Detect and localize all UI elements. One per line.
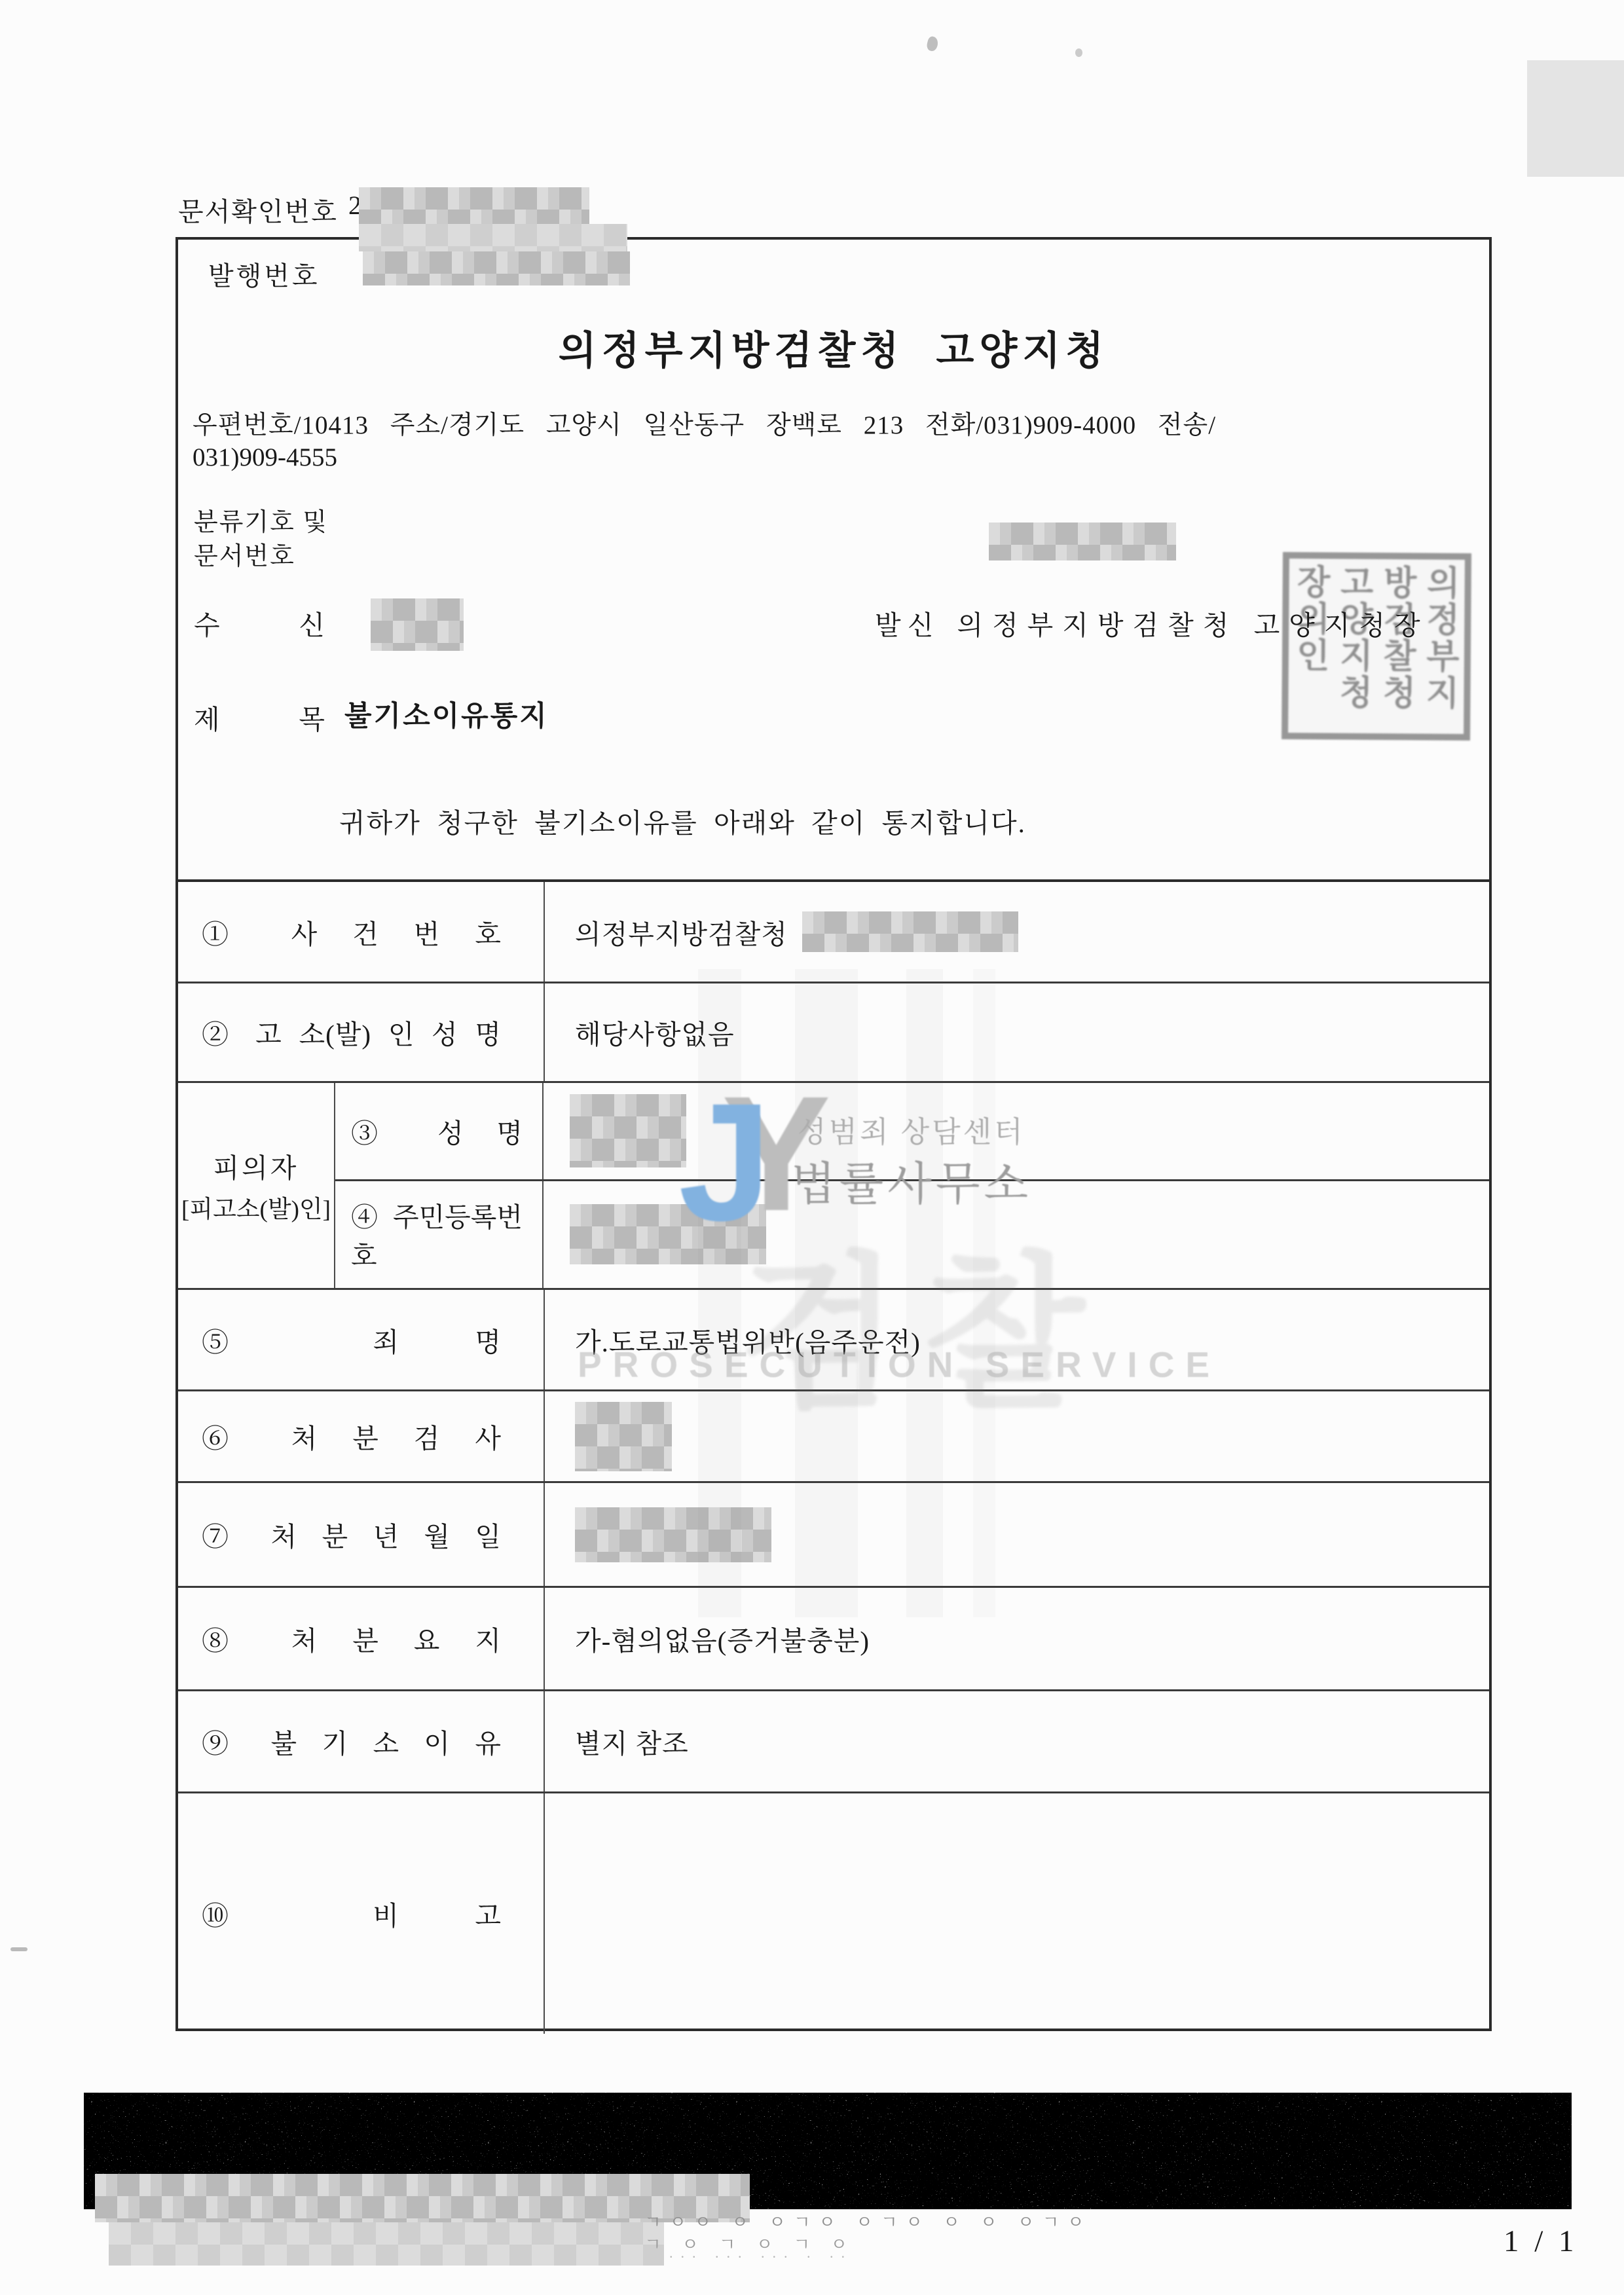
- recipient-label: 수 신: [194, 604, 325, 642]
- redacted-suspect-name: [570, 1094, 686, 1167]
- row-label: ② 고 소(발) 인 성 명: [178, 983, 545, 1081]
- redacted-date: [989, 523, 1176, 560]
- scanned-document-page: 문서확인번호 2 발행번호 의정부지방검찰청 고양지청 우편번호/10413 주…: [0, 0, 1624, 2295]
- row-label: ⑩ 비 고: [178, 1793, 545, 2034]
- margin-mark: [10, 1947, 28, 1951]
- official-seal: 의정부지 방검찰청 고양지청 장의인: [1282, 552, 1471, 741]
- redacted-issue-number: [363, 251, 630, 285]
- row-value: [545, 1483, 1489, 1586]
- redacted-prosecutor-name: [575, 1402, 672, 1471]
- row-label: ③ 성 명: [335, 1083, 544, 1179]
- classification-label-1: 분류기호 및: [194, 502, 328, 538]
- scan-band: [795, 969, 858, 1617]
- row-value: 해당사항없음: [545, 983, 1489, 1081]
- redacted-case-number: [802, 911, 1018, 952]
- scan-speck: [926, 35, 940, 52]
- redacted-recipient: [371, 598, 464, 651]
- doc-verify-label: 문서확인번호: [178, 191, 338, 229]
- row-label: ① 사 건 번 호: [178, 882, 545, 982]
- redacted-footer-line2: [109, 2222, 664, 2266]
- row-value: [544, 1181, 1489, 1288]
- suspect-label-line1: 피의자: [213, 1147, 299, 1185]
- scan-speck: [1075, 48, 1082, 57]
- row-value: [545, 1391, 1489, 1481]
- scan-band: [698, 969, 741, 1617]
- scan-band: [973, 969, 995, 1617]
- row-label: ⑧ 처 분 요 지: [178, 1588, 545, 1689]
- suspect-group-label: 피의자 [피고소(발)인]: [178, 1083, 335, 1288]
- row-label: ⑤ 죄 명: [178, 1290, 545, 1389]
- table-row-remarks: ⑩ 비 고: [178, 1791, 1489, 2034]
- issue-number-label: 발행번호: [208, 255, 320, 293]
- sender-label: 발 신: [875, 610, 933, 640]
- row-label: ⑨ 불 기 소 이 유: [178, 1691, 545, 1791]
- case-number-prefix: 의정부지방검찰청: [575, 913, 788, 951]
- page-number: 1 / 1: [1504, 2224, 1578, 2259]
- notice-body-text: 귀하가 청구한 불기소이유를 아래와 같이 통지합니다.: [339, 801, 1026, 840]
- row-label: ⑥ 처 분 검 사: [178, 1391, 545, 1481]
- row-label: ④주민등록번호: [335, 1181, 544, 1288]
- row-label: ⑦ 처 분 년 월 일: [178, 1483, 545, 1586]
- redacted-doc-verify-number: [359, 187, 589, 224]
- scan-artifact-corner: [1527, 60, 1624, 177]
- row-value: 별지 참조: [545, 1691, 1489, 1791]
- redacted-strip: [359, 224, 627, 251]
- document-title: 의정부지방검찰청 고양지청: [178, 320, 1489, 376]
- row-value: 가-혐의없음(증거불충분): [545, 1588, 1489, 1689]
- ocr-artifact-glyphs: ∙∙∙ ∙∙∙ ∙∙∙ ∙ ∙∙: [669, 2249, 853, 2266]
- scan-band: [906, 969, 943, 1617]
- sender-line: 발 신의정부지방검찰청 고양지청장: [875, 604, 1430, 642]
- classification-label-2: 문서번호: [194, 536, 295, 572]
- address-line-1: 우편번호/10413 주소/경기도 고양시 일산동구 장백로 213 전화/03…: [193, 405, 1489, 441]
- address-line-2: 031)909-4555: [193, 443, 337, 472]
- subject-value: 불기소이유통지: [344, 694, 549, 734]
- table-row-case-number: ① 사 건 번 호 의정부지방검찰청: [178, 882, 1489, 982]
- row-value: [544, 1083, 1489, 1179]
- row-value: 의정부지방검찰청: [545, 882, 1489, 982]
- sender-value: 의정부지방검찰청 고양지청장: [957, 610, 1429, 640]
- redacted-disposition-date: [575, 1507, 771, 1562]
- suspect-label-line2: [피고소(발)인]: [181, 1189, 331, 1224]
- subject-label: 제 목: [194, 698, 325, 737]
- table-row-nonprosecution-reason: ⑨ 불 기 소 이 유 별지 참조: [178, 1689, 1489, 1791]
- row-value: [545, 1793, 1489, 2034]
- row-value: 가.도로교통법위반(음주운전): [545, 1290, 1489, 1389]
